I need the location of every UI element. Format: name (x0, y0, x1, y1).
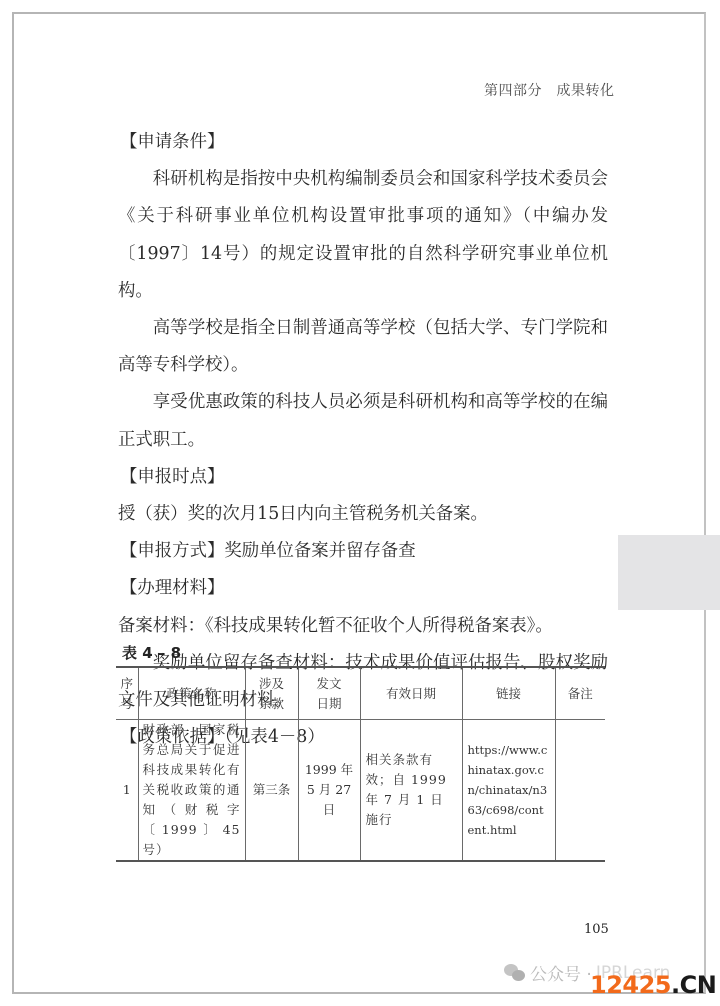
section-heading-conditions: 【申请条件】 (118, 124, 608, 161)
header-issue-date: 发文 日期 (298, 667, 360, 720)
cell-note (555, 720, 605, 862)
paragraph-eligible-staff: 享受优惠政策的科技人员必须是科研机构和高等学校的在编正式职工。 (118, 384, 608, 458)
watermark-label: 公众号 · (530, 960, 592, 985)
paragraph-filing-time: 授（获）奖的次月15日内向主管税务机关备案。 (118, 496, 608, 533)
table-caption: 表 4 – 8 (122, 642, 181, 663)
cell-clause: 第三条 (245, 720, 298, 862)
site-logo-tld: .CN (671, 971, 716, 999)
running-head: 第四部分 成果转化 (484, 80, 615, 100)
site-logo: 12425.CN (590, 971, 716, 999)
paragraph-filing-materials: 备案材料：《科技成果转化暂不征收个人所得税备案表》。 (118, 608, 608, 645)
policy-table: 序 号 政策名称 涉及 条款 发文 日期 有效日期 链接 备注 1 财政部 国家… (116, 666, 605, 862)
header-note: 备注 (555, 667, 605, 720)
section-heading-filing-method: 【申报方式】奖励单位备案并留存备查 (118, 533, 608, 570)
cell-issue-date: 1999 年 5 月 27 日 (298, 720, 360, 862)
wechat-icon (504, 964, 526, 982)
paragraph-research-institutions: 科研机构是指按中央机构编制委员会和国家科学技术委员会《关于科研事业单位机构设置审… (118, 161, 608, 310)
header-index: 序 号 (116, 667, 138, 720)
section-heading-materials: 【办理材料】 (118, 570, 608, 607)
section-heading-filing-time: 【申报时点】 (118, 459, 608, 496)
header-policy-name: 政策名称 (138, 667, 245, 720)
header-link: 链接 (462, 667, 555, 720)
table-row: 1 财政部 国家税务总局关于促进科技成果转化有关税收政策的通知（财税字〔1999… (116, 720, 605, 862)
body-text: 【申请条件】 科研机构是指按中央机构编制委员会和国家科学技术委员会《关于科研事业… (118, 124, 608, 756)
cell-policy-name: 财政部 国家税务总局关于促进科技成果转化有关税收政策的通知（财税字〔1999〕4… (138, 720, 245, 862)
page-number: 105 (584, 922, 609, 937)
cell-link[interactable]: https://www.chinatax.gov.cn/chinatax/n36… (462, 720, 555, 862)
paragraph-higher-education: 高等学校是指全日制普通高等学校（包括大学、专门学院和高等专科学校）。 (118, 310, 608, 384)
cell-index: 1 (116, 720, 138, 862)
site-logo-number: 12425 (590, 971, 671, 999)
chapter-side-tab (618, 535, 720, 610)
header-valid-date: 有效日期 (360, 667, 462, 720)
cell-valid-date: 相关条款有效；自 1999 年 7 月 1 日施行 (360, 720, 462, 862)
header-clause: 涉及 条款 (245, 667, 298, 720)
table-header-row: 序 号 政策名称 涉及 条款 发文 日期 有效日期 链接 备注 (116, 667, 605, 720)
